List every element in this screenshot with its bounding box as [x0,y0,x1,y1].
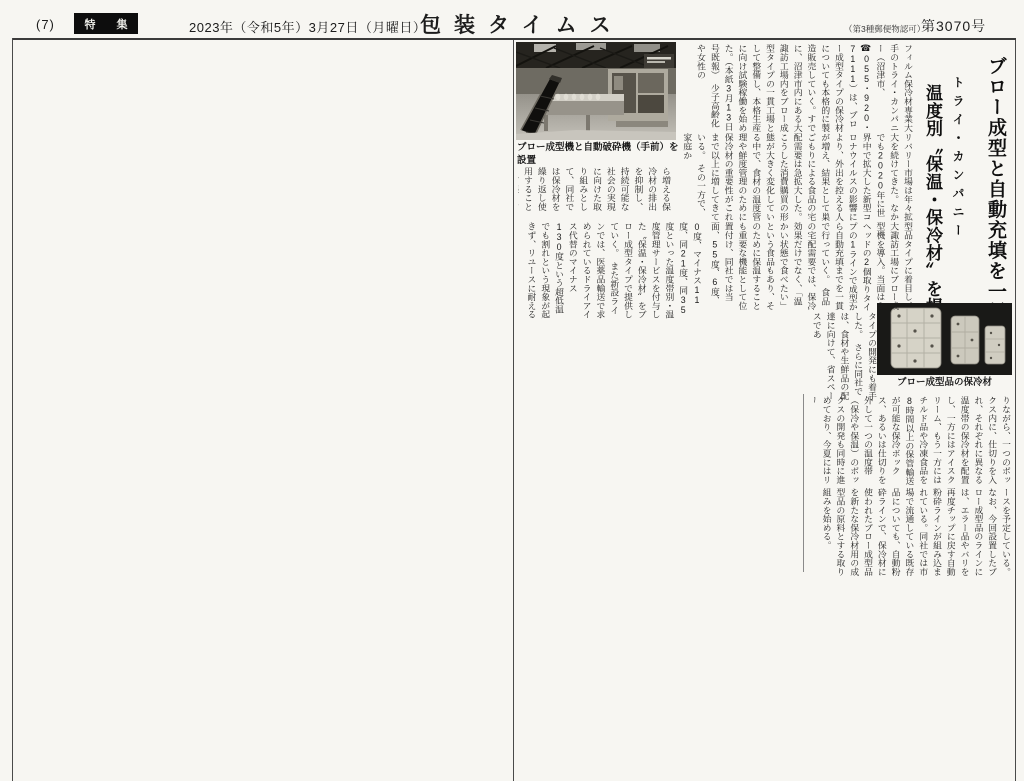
body-tier-2-left: ら増える保冷材の排出を抑制し、持続可能な社会の実現に向けた取り組みとして、同社で… [518,167,672,217]
body-tier-3-left: 0度、マイナス11度、同21度、同35度といった温度帯別・温度管理サービスを付与… [520,222,703,319]
article-bottom-divider-rule [803,394,804,572]
page-number: (7) [36,17,55,32]
issue-date: 2023年（令和5年）3月27日（月曜日） [189,17,426,36]
right-border-rule [1015,40,1016,781]
body-tier-3-right: 型品タイプに着目し、大諏訪工場にブロー成型機を導入。当面は2ヘッドの2個取りタイ… [700,222,914,314]
body-tier-2-right: リバリー市場は年々拡大を続けてきた。なかでも2020年に世界中で拡大した新型コロ… [676,133,914,222]
body-tier-4: タイプの開発にも着手した。 さらに同社では、食材や生鮮品の配達に向けて、省スペー… [806,312,878,402]
machine-photo-caption: ブロー成型機と自動破砕機（手前）を設置 [517,142,683,167]
postal-note: （第3種郵便物認可） [844,23,925,35]
left-border-rule [12,38,13,781]
section-badge: 特 集 [74,13,138,34]
body-tier-5: りながら、一つのボックス内に、仕切りを入れ、それぞれに異なる温度帯の保冷材を配置… [814,396,1012,486]
issue-number: 第3070号 [921,16,986,36]
body-tier-6: ースを予定している。 なお、今回設置したブロー成型品のラインには、エラー品やバリ… [814,488,1012,576]
factory-machine-photo [516,42,676,140]
masthead-title: 包装タイムス [420,9,624,39]
headline-kicker: トライ・カンパニー [947,76,967,260]
cold-pack-photo-caption: ブロー成型品の保冷材 [877,377,1012,390]
body-tier-1: フィルム保冷材専業大手のトライ・カンパニー（沼津市、☎055・920・7111）… [676,44,914,133]
column-divider-rule [513,40,514,781]
newspaper-page: (7) 特 集 2023年（令和5年）3月27日（月曜日） 包装タイムス （第3… [0,0,1024,781]
